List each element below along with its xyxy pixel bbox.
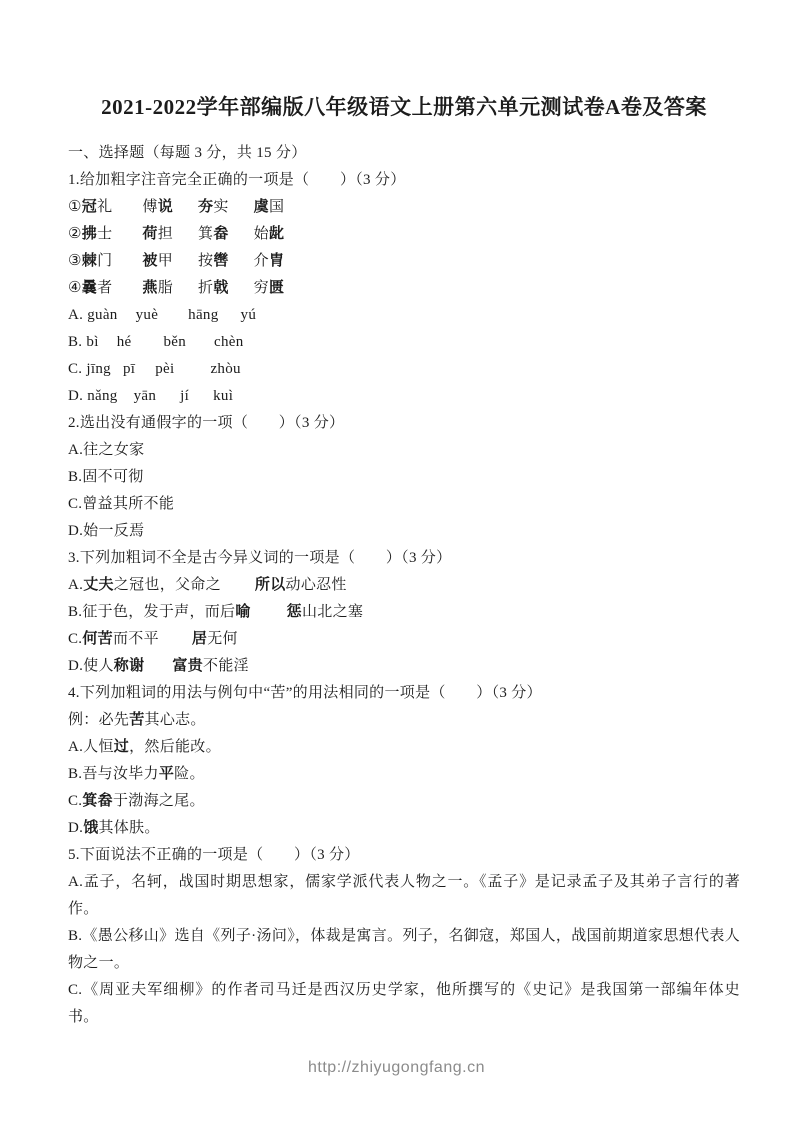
text-segment: ，然后能改。 [129, 739, 221, 755]
question-1-option-b: B. bìhéběnchèn [68, 329, 740, 356]
footer-watermark-url: http://zhiyugongfang.cn [0, 1059, 793, 1077]
text-segment: yú [241, 307, 257, 323]
question-3-option-a: A.丈夫之冠也，父命之所以动心忍性 [68, 572, 740, 599]
bold-term: 过 [114, 739, 129, 755]
column-gap [144, 669, 172, 670]
text-segment: B.征于色，发于声，而后 [68, 604, 235, 620]
text-segment: 不能淫 [203, 658, 249, 674]
column-gap [156, 399, 180, 400]
text-segment: 按 [198, 253, 213, 269]
question-3-option-b: B.征于色，发于声，而后喻惩山北之塞 [68, 599, 740, 626]
text-segment: B.吾与汝毕力 [68, 766, 159, 782]
bold-term: 说 [158, 199, 173, 215]
column-gap [186, 345, 214, 346]
column-gap [112, 210, 142, 211]
question-3-option-c: C.何苦而不平居无何 [68, 626, 740, 653]
bold-term: 荷 [142, 226, 157, 242]
text-segment: B. bì [68, 334, 99, 350]
column-gap [229, 264, 254, 265]
bold-term: 苦 [129, 712, 144, 728]
question-2-option-b: B.固不可彻 [68, 464, 740, 491]
column-gap [159, 642, 192, 643]
question-5-option-b: B.《愚公移山》选自《列子·汤问》，体裁是寓言。列子，名御寇，郑国人，战国前期道… [68, 923, 740, 977]
question-4-option-a: A.人恒过，然后能改。 [68, 734, 740, 761]
text-segment: 4.下列加粗词的用法与例句中“苦”的用法相同的一项是（ ）（3 分） [68, 685, 542, 701]
column-gap [99, 345, 117, 346]
column-gap [173, 237, 198, 238]
bold-term: 饿 [83, 820, 98, 836]
bold-term: 何苦 [82, 631, 113, 647]
text-segment: A. [68, 577, 83, 593]
question-1-word-group-2: ②拂士荷担箕畚始龀 [68, 221, 740, 248]
text-segment: 5.下面说法不正确的一项是（ ）（3 分） [68, 847, 360, 863]
column-gap [173, 264, 198, 265]
question-4-option-c: C.箕畚于渤海之尾。 [68, 788, 740, 815]
column-gap [158, 318, 188, 319]
column-gap [118, 399, 134, 400]
question-2-option-a: A.往之女家 [68, 437, 740, 464]
column-gap [229, 237, 254, 238]
bold-term: 畚 [213, 226, 228, 242]
document-title: 2021-2022学年部编版八年级语文上册第六单元测试卷A卷及答案 [68, 92, 740, 122]
question-2-option-c: C.曾益其所不能 [68, 491, 740, 518]
text-segment: 无何 [207, 631, 238, 647]
text-segment: B.固不可彻 [68, 469, 144, 485]
text-segment: D.始一反焉 [68, 523, 144, 539]
text-segment: C.《周亚夫军细柳》的作者司马迁是西汉历史学家，他所撰写的《史记》是我国第一部编… [68, 982, 740, 1025]
question-1-option-a: A. guànyuèhāngyú [68, 302, 740, 329]
text-segment: běn [163, 334, 186, 350]
question-2-option-d: D.始一反焉 [68, 518, 740, 545]
bold-term: 辔 [213, 253, 228, 269]
text-segment: D. [68, 820, 83, 836]
bold-term: 曩 [82, 280, 97, 296]
bold-term: 虞 [254, 199, 269, 215]
text-segment: 1.给加粗字注音完全正确的一项是（ ）（3 分） [68, 172, 406, 188]
text-segment: 一、选择题（每题 3 分，共 15 分） [68, 145, 307, 161]
column-gap [219, 318, 241, 319]
section-1-heading: 一、选择题（每题 3 分，共 15 分） [68, 140, 740, 167]
text-segment: 介 [254, 253, 269, 269]
text-segment: C. [68, 631, 82, 647]
text-segment: 山北之塞 [302, 604, 363, 620]
question-2-stem: 2.选出没有通假字的一项（ ）（3 分） [68, 410, 740, 437]
test-paper-page: 2021-2022学年部编版八年级语文上册第六单元测试卷A卷及答案 一、选择题（… [0, 0, 793, 1122]
text-segment: D.使人 [68, 658, 114, 674]
text-segment: 者 [97, 280, 112, 296]
text-segment: jí [180, 388, 189, 404]
text-segment: A.孟子，名轲，战国时期思想家，儒家学派代表人物之一。《孟子》是记录孟子及其弟子… [68, 874, 740, 917]
bold-term: 胄 [269, 253, 284, 269]
text-segment: 傅 [142, 199, 157, 215]
bold-term: 丈夫 [83, 577, 114, 593]
column-gap [111, 372, 123, 373]
question-3-stem: 3.下列加粗词不全是古今异义词的一项是（ ）（3 分） [68, 545, 740, 572]
bold-term: 喻 [235, 604, 250, 620]
text-segment: hāng [188, 307, 218, 323]
text-segment: 险。 [174, 766, 205, 782]
text-segment: 担 [158, 226, 173, 242]
text-segment: A.人恒 [68, 739, 114, 755]
column-gap [251, 615, 287, 616]
text-segment: 而不平 [113, 631, 159, 647]
column-gap [112, 237, 142, 238]
column-gap [189, 399, 213, 400]
text-segment: 箕 [198, 226, 213, 242]
column-gap [221, 588, 255, 589]
question-1-stem: 1.给加粗字注音完全正确的一项是（ ）（3 分） [68, 167, 740, 194]
bold-term: 所以 [255, 577, 286, 593]
column-gap [135, 372, 155, 373]
bold-term: 戟 [213, 280, 228, 296]
column-gap [173, 210, 198, 211]
bold-term: 箕畚 [82, 793, 113, 809]
column-gap [173, 291, 198, 292]
bold-term: 拂 [82, 226, 97, 242]
text-segment: C. [68, 793, 82, 809]
column-gap [174, 372, 210, 373]
text-segment: ③ [68, 253, 82, 269]
text-segment: 折 [198, 280, 213, 296]
text-segment: 3.下列加粗词不全是古今异义词的一项是（ ）（3 分） [68, 550, 451, 566]
text-segment: 例：必先 [68, 712, 129, 728]
text-segment: 脂 [158, 280, 173, 296]
bold-term: 燕 [142, 280, 157, 296]
bold-term: 冠 [82, 199, 97, 215]
question-5-stem: 5.下面说法不正确的一项是（ ）（3 分） [68, 842, 740, 869]
text-segment: 甲 [158, 253, 173, 269]
column-gap [112, 291, 142, 292]
column-gap [112, 264, 142, 265]
bold-term: 称谢 [114, 658, 145, 674]
text-segment: kuì [213, 388, 233, 404]
bold-term: 龀 [269, 226, 284, 242]
text-segment: C. jīng [68, 361, 111, 377]
bold-term: 平 [159, 766, 174, 782]
question-5-option-a: A.孟子，名轲，战国时期思想家，儒家学派代表人物之一。《孟子》是记录孟子及其弟子… [68, 869, 740, 923]
text-segment: chèn [214, 334, 244, 350]
question-1-option-c: C. jīngpīpèizhòu [68, 356, 740, 383]
text-segment: 其心志。 [145, 712, 206, 728]
bold-term: 惩 [287, 604, 302, 620]
text-segment: 穷 [254, 280, 269, 296]
text-segment: yān [134, 388, 157, 404]
text-segment: 于渤海之尾。 [113, 793, 205, 809]
text-segment: 始 [254, 226, 269, 242]
document-lines: 一、选择题（每题 3 分，共 15 分）1.给加粗字注音完全正确的一项是（ ）（… [68, 140, 740, 1031]
question-1-option-d: D. nǎngyānjíkuì [68, 383, 740, 410]
column-gap [229, 210, 254, 211]
column-gap [131, 345, 163, 346]
text-segment: pī [123, 361, 135, 377]
text-segment: 国 [269, 199, 284, 215]
text-segment: 之冠也，父命之 [114, 577, 221, 593]
question-4-stem: 4.下列加粗词的用法与例句中“苦”的用法相同的一项是（ ）（3 分） [68, 680, 740, 707]
bold-term: 棘 [82, 253, 97, 269]
text-segment: ① [68, 199, 82, 215]
text-segment: D. nǎng [68, 388, 118, 404]
text-segment: zhòu [210, 361, 240, 377]
question-1-word-group-4: ④曩者燕脂折戟穷匮 [68, 275, 740, 302]
text-segment: A.往之女家 [68, 442, 144, 458]
text-segment: hé [117, 334, 132, 350]
question-5-option-c: C.《周亚夫军细柳》的作者司马迁是西汉历史学家，他所撰写的《史记》是我国第一部编… [68, 977, 740, 1031]
text-segment: 动心忍性 [286, 577, 347, 593]
question-4-option-b: B.吾与汝毕力平险。 [68, 761, 740, 788]
bold-term: 居 [192, 631, 207, 647]
text-segment: 礼 [97, 199, 112, 215]
text-segment: pèi [155, 361, 174, 377]
bold-term: 富贵 [172, 658, 203, 674]
question-3-option-d: D.使人称谢富贵不能淫 [68, 653, 740, 680]
column-gap [229, 291, 254, 292]
document-content: 2021-2022学年部编版八年级语文上册第六单元测试卷A卷及答案 一、选择题（… [0, 0, 793, 1031]
text-segment: 士 [97, 226, 112, 242]
text-segment: ② [68, 226, 82, 242]
text-segment: ④ [68, 280, 82, 296]
bold-term: 夯 [198, 199, 213, 215]
text-segment: B.《愚公移山》选自《列子·汤问》，体裁是寓言。列子，名御寇，郑国人，战国前期道… [68, 928, 740, 971]
text-segment: 实 [213, 199, 228, 215]
question-4-example: 例：必先苦其心志。 [68, 707, 740, 734]
question-1-word-group-3: ③棘门被甲按辔介胄 [68, 248, 740, 275]
column-gap [118, 318, 136, 319]
text-segment: A. guàn [68, 307, 118, 323]
bold-term: 被 [142, 253, 157, 269]
text-segment: C.曾益其所不能 [68, 496, 174, 512]
question-1-word-group-1: ①冠礼傅说夯实虞国 [68, 194, 740, 221]
text-segment: 门 [97, 253, 112, 269]
text-segment: 其体肤。 [99, 820, 160, 836]
bold-term: 匮 [269, 280, 284, 296]
text-segment: yuè [136, 307, 159, 323]
text-segment: 2.选出没有通假字的一项（ ）（3 分） [68, 415, 344, 431]
question-4-option-d: D.饿其体肤。 [68, 815, 740, 842]
